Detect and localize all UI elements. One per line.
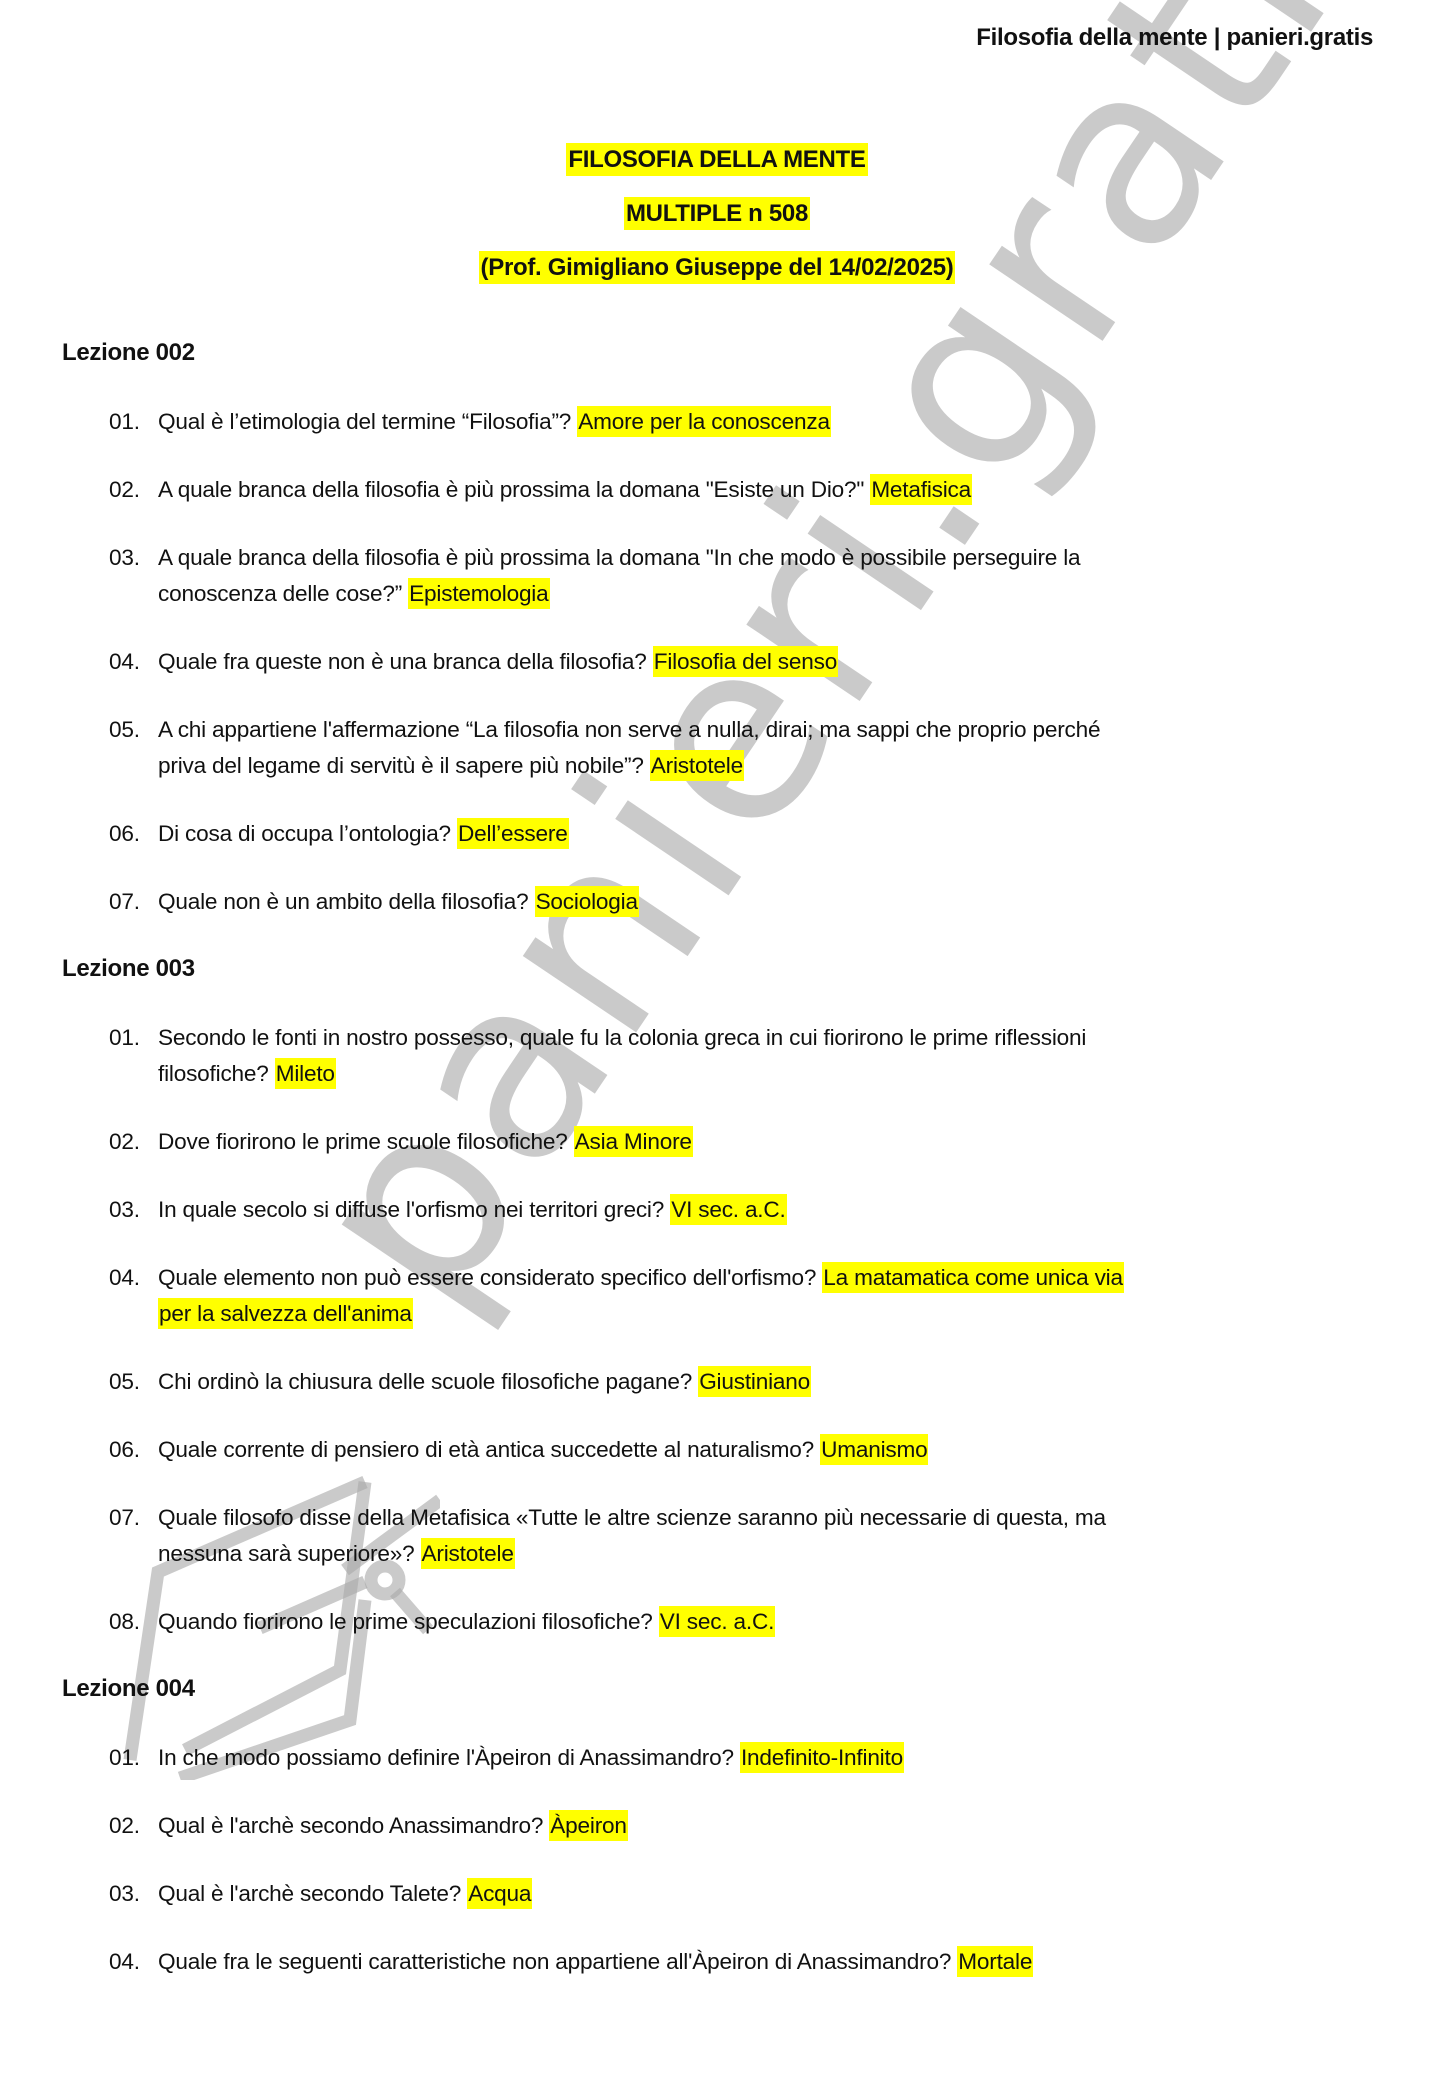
answer-highlight: Acqua xyxy=(467,1878,532,1909)
question-item: 03.In quale secolo si diffuse l'orfismo … xyxy=(62,1192,1362,1228)
question-item: 06.Quale corrente di pensiero di età ant… xyxy=(62,1432,1362,1468)
answer-highlight: Mileto xyxy=(275,1058,336,1089)
title-course: FILOSOFIA DELLA MENTE xyxy=(566,143,867,176)
question-number: 03. xyxy=(109,1192,140,1228)
answer-highlight: Mortale xyxy=(957,1946,1033,1977)
question-number: 06. xyxy=(109,816,140,852)
question-number: 03. xyxy=(109,540,140,576)
question-line: Chi ordinò la chiusura delle scuole filo… xyxy=(158,1364,1362,1400)
question-text: In che modo possiamo definire l'Àpeiron … xyxy=(158,1745,740,1770)
question-item: 07.Quale non è un ambito della filosofia… xyxy=(62,884,1362,920)
title-professor-date: (Prof. Gimigliano Giuseppe del 14/02/202… xyxy=(479,251,956,284)
question-number: 05. xyxy=(109,1364,140,1400)
question-item: 02.A quale branca della filosofia è più … xyxy=(62,472,1362,508)
question-text: Quale fra queste non è una branca della … xyxy=(158,649,653,674)
question-text: conoscenza delle cose?” xyxy=(158,581,408,606)
question-line: conoscenza delle cose?” Epistemologia xyxy=(158,576,1362,612)
answer-highlight: VI sec. a.C. xyxy=(670,1194,786,1225)
title-exam: MULTIPLE n 508 xyxy=(624,197,810,230)
question-line: priva del legame di servitù è il sapere … xyxy=(158,748,1362,784)
question-line: Qual è l'archè secondo Talete? Acqua xyxy=(158,1876,1362,1912)
question-number: 04. xyxy=(109,1944,140,1980)
question-number: 02. xyxy=(109,1808,140,1844)
question-text: A quale branca della filosofia è più pro… xyxy=(158,477,870,502)
question-item: 07.Quale filosofo disse della Metafisica… xyxy=(62,1500,1362,1572)
question-line: In che modo possiamo definire l'Àpeiron … xyxy=(158,1740,1362,1776)
answer-highlight: Giustiniano xyxy=(698,1366,811,1397)
question-number: 01. xyxy=(109,404,140,440)
question-text: Qual è l'archè secondo Anassimandro? xyxy=(158,1813,549,1838)
question-line: Qual è l'archè secondo Anassimandro? Àpe… xyxy=(158,1808,1362,1844)
answer-highlight: Amore per la conoscenza xyxy=(577,406,831,437)
question-text: Quale filosofo disse della Metafisica «T… xyxy=(158,1505,1106,1530)
question-number: 04. xyxy=(109,1260,140,1296)
question-list: Lezione 00201.Qual è l’etimologia del te… xyxy=(62,336,1362,2012)
question-text: A quale branca della filosofia è più pro… xyxy=(158,545,1080,570)
question-line: In quale secolo si diffuse l'orfismo nei… xyxy=(158,1192,1362,1228)
question-item: 05.Chi ordinò la chiusura delle scuole f… xyxy=(62,1364,1362,1400)
question-number: 04. xyxy=(109,644,140,680)
question-text: Quando fiorirono le prime speculazioni f… xyxy=(158,1609,659,1634)
question-line: Quale corrente di pensiero di età antica… xyxy=(158,1432,1362,1468)
question-text: A chi appartiene l'affermazione “La filo… xyxy=(158,717,1100,742)
question-line: Secondo le fonti in nostro possesso, qua… xyxy=(158,1020,1362,1056)
answer-highlight: Filosofia del senso xyxy=(653,646,838,677)
question-number: 05. xyxy=(109,712,140,748)
question-line: A chi appartiene l'affermazione “La filo… xyxy=(158,712,1362,748)
question-text: Chi ordinò la chiusura delle scuole filo… xyxy=(158,1369,698,1394)
question-line: Quale filosofo disse della Metafisica «T… xyxy=(158,1500,1362,1536)
question-number: 03. xyxy=(109,1876,140,1912)
question-item: 03.Qual è l'archè secondo Talete? Acqua xyxy=(62,1876,1362,1912)
section-heading: Lezione 004 xyxy=(62,1672,1362,1706)
question-line: Qual è l’etimologia del termine “Filosof… xyxy=(158,404,1362,440)
question-line: Quale elemento non può essere considerat… xyxy=(158,1260,1362,1296)
question-item: 06.Di cosa di occupa l’ontologia? Dell’e… xyxy=(62,816,1362,852)
answer-highlight: per la salvezza dell'anima xyxy=(158,1298,413,1329)
answer-highlight: Epistemologia xyxy=(408,578,549,609)
question-line: Quale fra le seguenti caratteristiche no… xyxy=(158,1944,1362,1980)
question-line: Di cosa di occupa l’ontologia? Dell’esse… xyxy=(158,816,1362,852)
question-item: 08.Quando fiorirono le prime speculazion… xyxy=(62,1604,1362,1640)
answer-highlight: Àpeiron xyxy=(549,1810,627,1841)
section-heading: Lezione 003 xyxy=(62,952,1362,986)
document-title: FILOSOFIA DELLA MENTE MULTIPLE n 508 (Pr… xyxy=(0,140,1434,302)
answer-highlight: Sociologia xyxy=(535,886,639,917)
question-text: Quale elemento non può essere considerat… xyxy=(158,1265,822,1290)
question-text: Quale corrente di pensiero di età antica… xyxy=(158,1437,820,1462)
question-item: 04.Quale fra le seguenti caratteristiche… xyxy=(62,1944,1362,1980)
question-item: 01.In che modo possiamo definire l'Àpeir… xyxy=(62,1740,1362,1776)
question-line: Quale non è un ambito della filosofia? S… xyxy=(158,884,1362,920)
question-item: 04.Quale fra queste non è una branca del… xyxy=(62,644,1362,680)
section-heading: Lezione 002 xyxy=(62,336,1362,370)
question-line: A quale branca della filosofia è più pro… xyxy=(158,540,1362,576)
question-line: nessuna sarà superiore»? Aristotele xyxy=(158,1536,1362,1572)
question-number: 06. xyxy=(109,1432,140,1468)
answer-highlight: Asia Minore xyxy=(574,1126,693,1157)
question-text: nessuna sarà superiore»? xyxy=(158,1541,421,1566)
question-text: priva del legame di servitù è il sapere … xyxy=(158,753,650,778)
question-number: 02. xyxy=(109,1124,140,1160)
question-item: 03.A quale branca della filosofia è più … xyxy=(62,540,1362,612)
question-item: 01.Secondo le fonti in nostro possesso, … xyxy=(62,1020,1362,1092)
answer-highlight: Aristotele xyxy=(650,750,744,781)
question-number: 07. xyxy=(109,1500,140,1536)
question-line: Quando fiorirono le prime speculazioni f… xyxy=(158,1604,1362,1640)
answer-highlight: Dell’essere xyxy=(457,818,569,849)
question-item: 01.Qual è l’etimologia del termine “Filo… xyxy=(62,404,1362,440)
question-text: Qual è l'archè secondo Talete? xyxy=(158,1881,467,1906)
question-item: 02.Dove fiorirono le prime scuole filoso… xyxy=(62,1124,1362,1160)
answer-highlight: Metafisica xyxy=(870,474,972,505)
question-item: 04.Quale elemento non può essere conside… xyxy=(62,1260,1362,1332)
question-text: In quale secolo si diffuse l'orfismo nei… xyxy=(158,1197,670,1222)
question-number: 02. xyxy=(109,472,140,508)
question-line: Quale fra queste non è una branca della … xyxy=(158,644,1362,680)
question-line: Dove fiorirono le prime scuole filosofic… xyxy=(158,1124,1362,1160)
question-text: Quale fra le seguenti caratteristiche no… xyxy=(158,1949,957,1974)
question-line: per la salvezza dell'anima xyxy=(158,1296,1362,1332)
question-text: filosofiche? xyxy=(158,1061,275,1086)
answer-highlight: Aristotele xyxy=(421,1538,515,1569)
question-line: A quale branca della filosofia è più pro… xyxy=(158,472,1362,508)
question-item: 02.Qual è l'archè secondo Anassimandro? … xyxy=(62,1808,1362,1844)
question-text: Di cosa di occupa l’ontologia? xyxy=(158,821,457,846)
answer-highlight: Indefinito-Infinito xyxy=(740,1742,904,1773)
question-number: 08. xyxy=(109,1604,140,1640)
page-header: Filosofia della mente | panieri.gratis xyxy=(976,24,1373,52)
question-line: filosofiche? Mileto xyxy=(158,1056,1362,1092)
answer-highlight: La matamatica come unica via xyxy=(822,1262,1124,1293)
answer-highlight: Umanismo xyxy=(820,1434,928,1465)
question-text: Quale non è un ambito della filosofia? xyxy=(158,889,535,914)
question-number: 07. xyxy=(109,884,140,920)
question-item: 05.A chi appartiene l'affermazione “La f… xyxy=(62,712,1362,784)
answer-highlight: VI sec. a.C. xyxy=(659,1606,775,1637)
question-text: Qual è l’etimologia del termine “Filosof… xyxy=(158,409,577,434)
question-text: Secondo le fonti in nostro possesso, qua… xyxy=(158,1025,1086,1050)
question-number: 01. xyxy=(109,1740,140,1776)
question-text: Dove fiorirono le prime scuole filosofic… xyxy=(158,1129,574,1154)
question-number: 01. xyxy=(109,1020,140,1056)
